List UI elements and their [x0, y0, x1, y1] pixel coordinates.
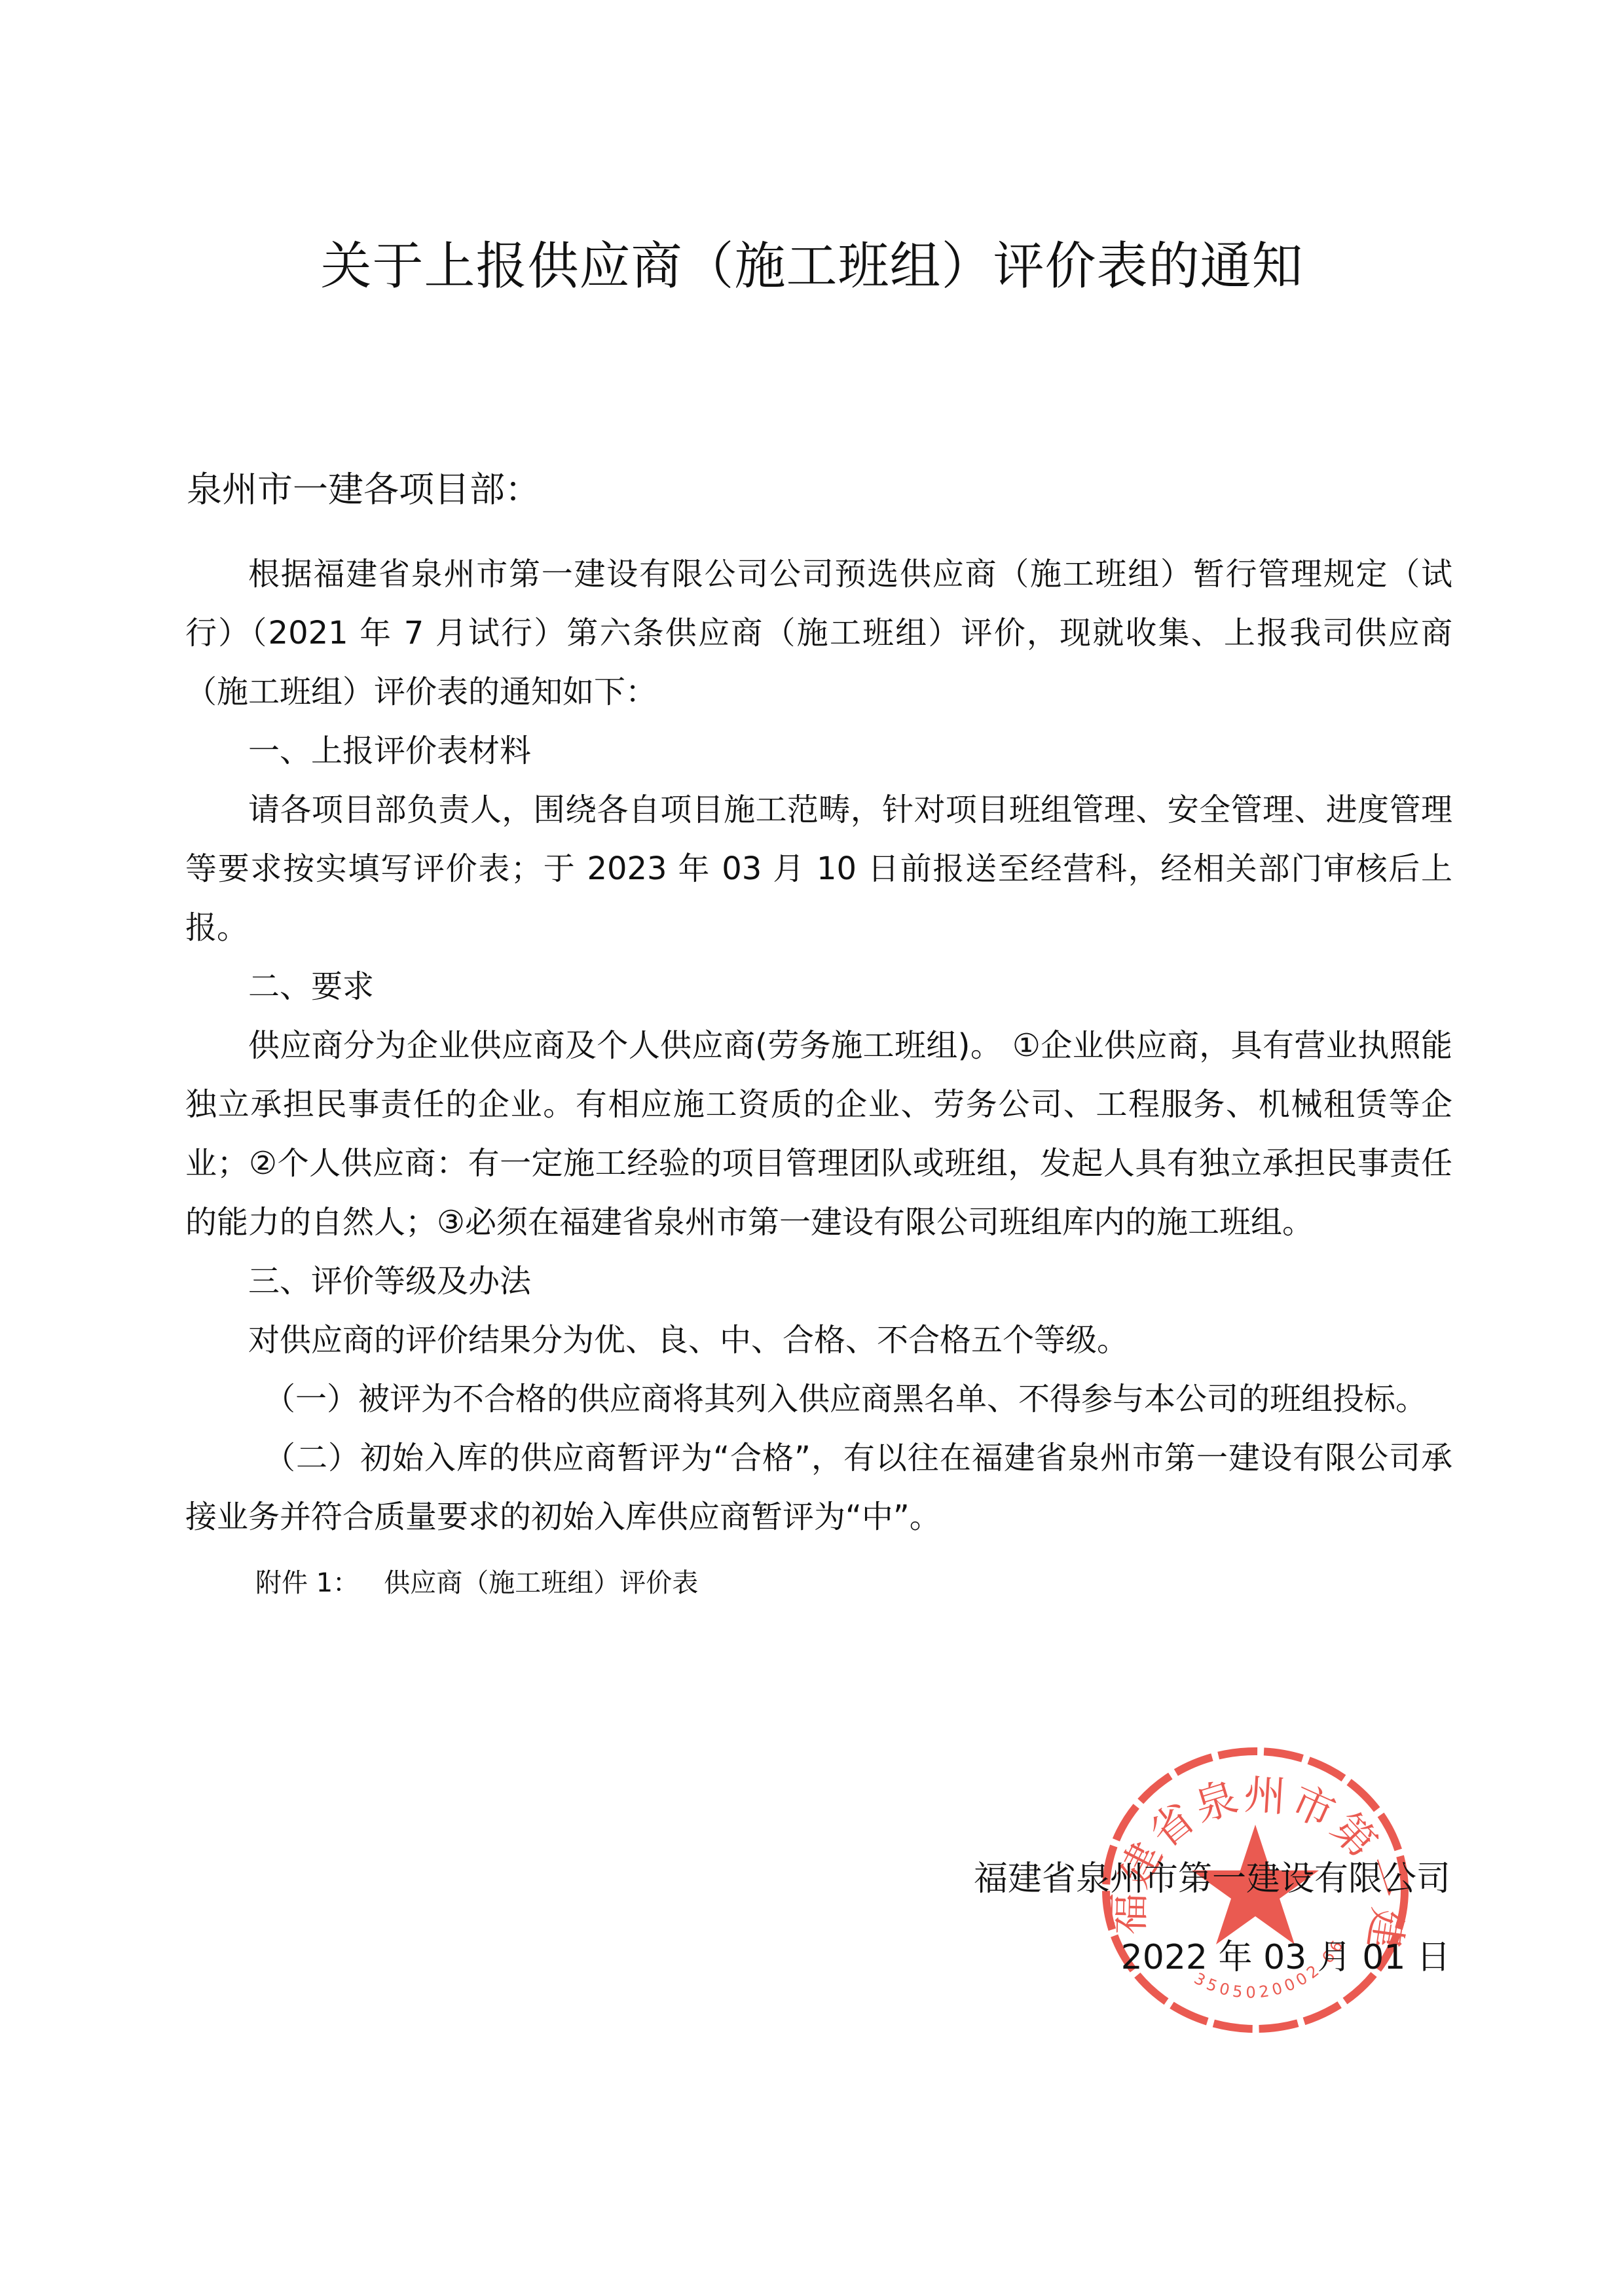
grading-paragraph: 对供应商的评价结果分为优、良、中、合格、不合格五个等级。	[185, 1311, 1452, 1370]
document-body: 根据福建省泉州市第一建设有限公司公司预选供应商（施工班组）暂行管理规定（试行）（…	[185, 545, 1452, 1546]
signature-block: 福建省泉州市第一建设有限公司 2022 年 03 月 01 日	[974, 1840, 1450, 1997]
materials-paragraph: 请各项目部负责人，围绕各自项目施工范畴，针对项目班组管理、安全管理、进度管理等要…	[185, 780, 1452, 957]
section-heading-materials: 一、上报评价表材料	[185, 721, 1452, 780]
attachment-line: 附件 1： 供应商（施工班组）评价表	[255, 1560, 698, 1606]
document-page: 关于上报供应商（施工班组）评价表的通知 泉州市一建各项目部： 根据福建省泉州市第…	[0, 0, 1624, 2296]
salutation: 泉州市一建各项目部：	[187, 464, 540, 516]
grading-item-2: （二）初始入库的供应商暂评为“合格”，有以往在福建省泉州市第一建设有限公司承接业…	[185, 1429, 1452, 1546]
section-heading-grading: 三、评价等级及办法	[185, 1252, 1452, 1311]
document-title: 关于上报供应商（施工班组）评价表的通知	[0, 230, 1624, 302]
signature-company: 福建省泉州市第一建设有限公司	[974, 1840, 1450, 1918]
intro-paragraph: 根据福建省泉州市第一建设有限公司公司预选供应商（施工班组）暂行管理规定（试行）（…	[185, 545, 1452, 721]
section-heading-requirements: 二、要求	[185, 957, 1452, 1016]
requirements-paragraph: 供应商分为企业供应商及个人供应商(劳务施工班组)。 ①企业供应商，具有营业执照能…	[185, 1016, 1452, 1252]
grading-item-1: （一）被评为不合格的供应商将其列入供应商黑名单、不得参与本公司的班组投标。	[185, 1370, 1452, 1429]
signature-date: 2022 年 03 月 01 日	[974, 1918, 1450, 1997]
